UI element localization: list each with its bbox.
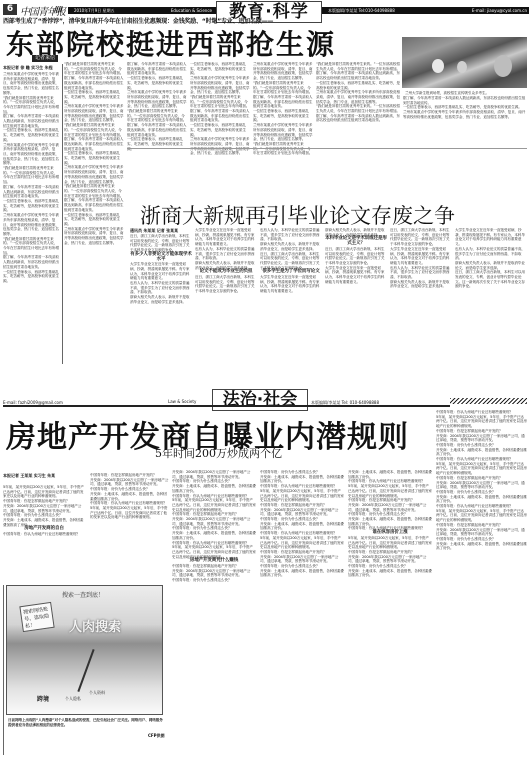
section-email: E-mail: jiaoyu@cyol.com.cn: [472, 7, 527, 14]
story3-column-6: 中国青年报：你认为房地产行业还有哪些潜规则？5年前，某开发商以200万元起家，5…: [436, 410, 527, 760]
cartoon-caption: 日前网络上出现的“人肉搜索”对个人隐私造成的侵害，已经引起社会广泛关注。网络用户…: [8, 718, 163, 740]
story2-headline: 浙商大新规再引毕业论文存废之争: [140, 200, 455, 230]
section2-hatch: [450, 398, 527, 404]
story1-column-3: 据了解，今年高考甘肃省一本线录取人数达到新高，东部名校也纷纷派出招生组到甘肃各地…: [127, 62, 187, 192]
cartoon-credit: CFP供图: [148, 733, 165, 739]
story1-photo: [402, 37, 527, 88]
story1-byline: 本报记者 徐 瞻 实习生 朱程: [3, 65, 53, 71]
story1-column-5: 兰州市某重点中学的优秀考生今年被多所东部高校竞相录取，清华、复旦、南开等高校纷纷…: [253, 62, 313, 192]
story2-column-5: 近日，浙江工商大学出台新规，本科生可以用发表的论文、专利、创业计划等代替毕业论文…: [390, 228, 452, 364]
masthead-bar-right: 本版编辑/李某某 Tel:010-64098888 E-mail: jiaoyu…: [322, 7, 529, 14]
story2-column-6: 大学生毕业论文在近年来一直饱受诟病，抄袭、拼凑现象屡见不鲜。有专家认为，本科毕业…: [455, 228, 527, 364]
editor-info: 本版编辑/李某某 Tel:010-64098888: [328, 7, 395, 14]
story2-column-1: 近日，浙江工商大学出台新规，本科生可以用发表的论文、专利、创业计划等代替毕业论文…: [130, 234, 192, 364]
cartoon-word-main: 人肉搜索: [69, 616, 121, 635]
story3-column-5: 开发商：土地成本、融资成本、捂盘惜售，各种因素叠加推高了房价。中国青年报：你认为…: [348, 470, 432, 760]
story3-column-1: 5年前，某开发商以200万元起家，5年后，手中资产已达两个亿。日前，这位开发商向…: [3, 485, 85, 580]
cartoon-illustration: 搜索一查到底！ 搜索网络账号，盗取隐私！ 人肉搜索 跨境 个人隐私 个人资料: [6, 585, 163, 715]
story2-column-3: 也有人认为，本科毕业论文的质量普遍不高，很多学生为了应付论文而东拼西凑，不如取消…: [260, 228, 322, 364]
cartoon-sign: 搜索网络账号，盗取隐私！: [19, 602, 54, 632]
decorative-slashes: ////: [54, 5, 62, 14]
story3-subtitle: 5年时间200万炒成两个亿: [155, 445, 282, 461]
masthead-bar-left: 2010年7月9日 星期五 Education & Science: [68, 7, 216, 14]
story1-column-2: “我们就是冲着甘肃的优秀考生来的。”一位东部高校招生负责人说，今年在甘肃的招生计…: [64, 62, 124, 362]
story2-column-2: 大学生毕业论文在近年来一直饱受诟病，抄袭、拼凑现象屡见不鲜。有专家认为，本科毕业…: [195, 228, 257, 364]
section2-english: Law & Society: [168, 399, 196, 404]
story1-column-4: 一位招生老师表示，西部考生基础扎实、吃苦耐劳，是高校争取的优质生源。兰州市某重点…: [190, 62, 250, 192]
story3-byline: 本报记者 王某某 实习生 朱某: [3, 473, 55, 479]
story3-column-4: 中国青年报：房价为什么涨得这么快？开发商：土地成本、融资成本、捂盘惜售，各种因素…: [260, 470, 344, 760]
story3-column-2: 中国青年报：你是怎样做起房地产开发的？开发商：2004年我以200万元注册了一家…: [90, 473, 170, 580]
page-number: 6: [3, 4, 17, 15]
section-english: Education & Science: [171, 7, 212, 14]
section2-rule: [3, 405, 450, 407]
story1-column-1: 兰州市某重点中学的优秀考生今年被多所东部高校竞相录取，清华、复旦、南开等高校纷纷…: [3, 72, 60, 362]
story1-column-6: “我们就是冲着甘肃的优秀考生来的。”一位东部高校招生负责人说，今年在甘肃的招生计…: [316, 62, 400, 192]
story1-label: 记者来信: [32, 55, 58, 62]
story1-column-7: 据了解，今年高考甘肃省一本线录取人数达到新高，东部名校也纷纷派出招生组到甘肃各地…: [403, 96, 527, 136]
cartoon-arrow: [77, 649, 94, 692]
section-title-law-society: 法治·社会: [212, 389, 308, 411]
story2-column-4: 浙商大相关负责人表示，新规并不是取消毕业论文，而是给学生更多选择。本科毕业论文是…: [325, 228, 387, 364]
cartoon-title: 搜索一查到底！: [62, 590, 104, 599]
story3-column-3: 开发商：2004年我以200万元注册了一家房地产公司，通过拿地、贷款、预售等环节…: [172, 470, 256, 760]
issue-date: 2010年7月9日 星期五: [74, 7, 115, 14]
